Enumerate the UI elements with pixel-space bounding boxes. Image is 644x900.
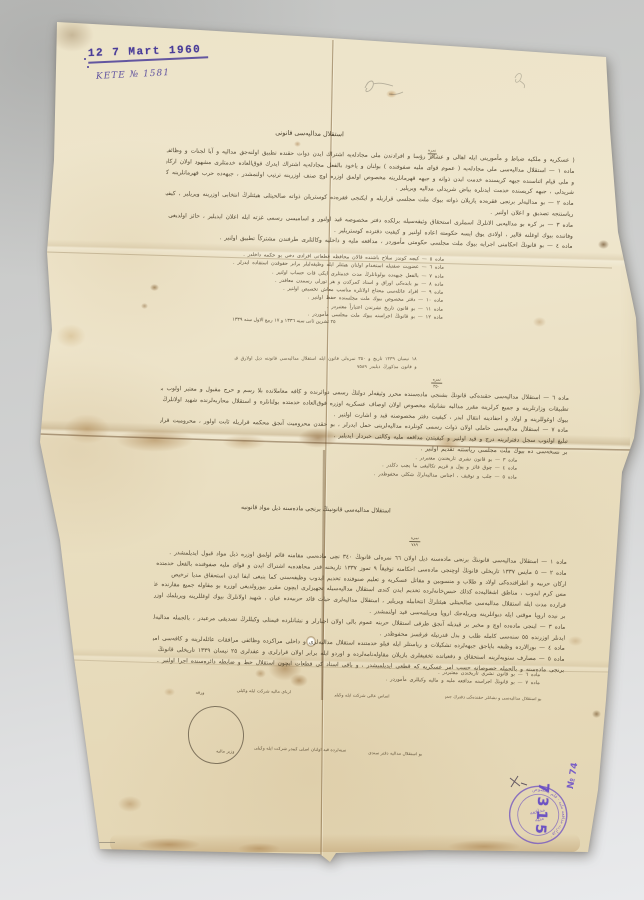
numero-label: نمره [409,536,420,541]
stain-spot [402,13,407,17]
section2-title: استقلال مدالیه‌سی قانونینڭ برنجی ماده‌سن… [241,504,391,515]
text-line: ١٨ نیسان ١٣٣٩ تاریخ و ٣٥٠ نمره‌لی قانون … [235,356,417,365]
document-paper: استقلال مدالیه‌سی قانونی نمره ٦٦ ( عسكری… [0,0,644,900]
stain-spot [347,8,352,12]
stain-spot [384,11,388,15]
pencil-archive-note: ٨٧٩١ S·H·S [67,835,80,848]
numero-marker: نمره ٣٥٠ [431,377,442,388]
numero-value: ٧٨٩ [409,541,420,547]
pencil-dash-mark [98,842,115,843]
numero-marker: نمره ٧٨٩ [409,536,420,547]
ink-speck [84,58,86,60]
zeyl-articles: ماده ٣ — بو قانون نشری تاریخندن معتبردر … [307,451,518,481]
section1-paragraphs: ( عسكریه و ملكیه ضباط و مأمورینی ایله اه… [165,146,575,253]
signature-caption: بو استقلال مدالیه دفتر سندی [368,751,422,757]
section1-articles: ماده ٥ — كیجه كوندز سلاح باشنده قالان مح… [193,250,445,322]
pencil-note-line: S·H·S [68,841,81,848]
signature-caption: ورقه [195,691,204,696]
signature-caption: اربای مالیه شركت ایله وكیلی [237,689,291,695]
paper-shadow: استقلال مدالیه‌سی قانونی نمره ٦٦ ( عسكری… [0,0,644,900]
stain-spot [358,13,362,16]
ink-speck [87,66,89,68]
pencil-note-line: ٨٧٩١ [67,835,80,842]
section2-paragraphs: ماده ١ — استقلال مدالیه‌سی قانوننڭ برنجی… [152,548,567,677]
numero-label: نمره [431,377,442,382]
text-line: و قانون مذكورڭ ذیلیدر ٧٥٨٩ [235,364,417,373]
signature-caption: سنه‌لرده قید اولنان اصلی كبیدر شركت ایله… [254,746,346,753]
zeyl-paragraphs: ماده ٦ — استقلال مدالیه‌سی حقنده‌كی قانو… [159,384,568,459]
photo-scene: استقلال مدالیه‌سی قانونی نمره ٦٦ ( عسكری… [0,0,644,900]
section1-title: استقلال مدالیه‌سی قانونی [275,129,344,139]
annex-note: ١٨ نیسان ١٣٣٩ تاریخ و ٣٥٠ نمره‌لی قانون … [235,356,417,373]
stain-spot [368,6,374,11]
signature-caption: بو استقلال مدالیه‌سی و نشانلر حقنده‌كی د… [445,695,541,702]
signature-caption: اساس عالی شركت ایله وكیلی [334,693,389,699]
stain-spot [424,9,428,12]
numero-value: ٣٥٠ [431,382,442,388]
